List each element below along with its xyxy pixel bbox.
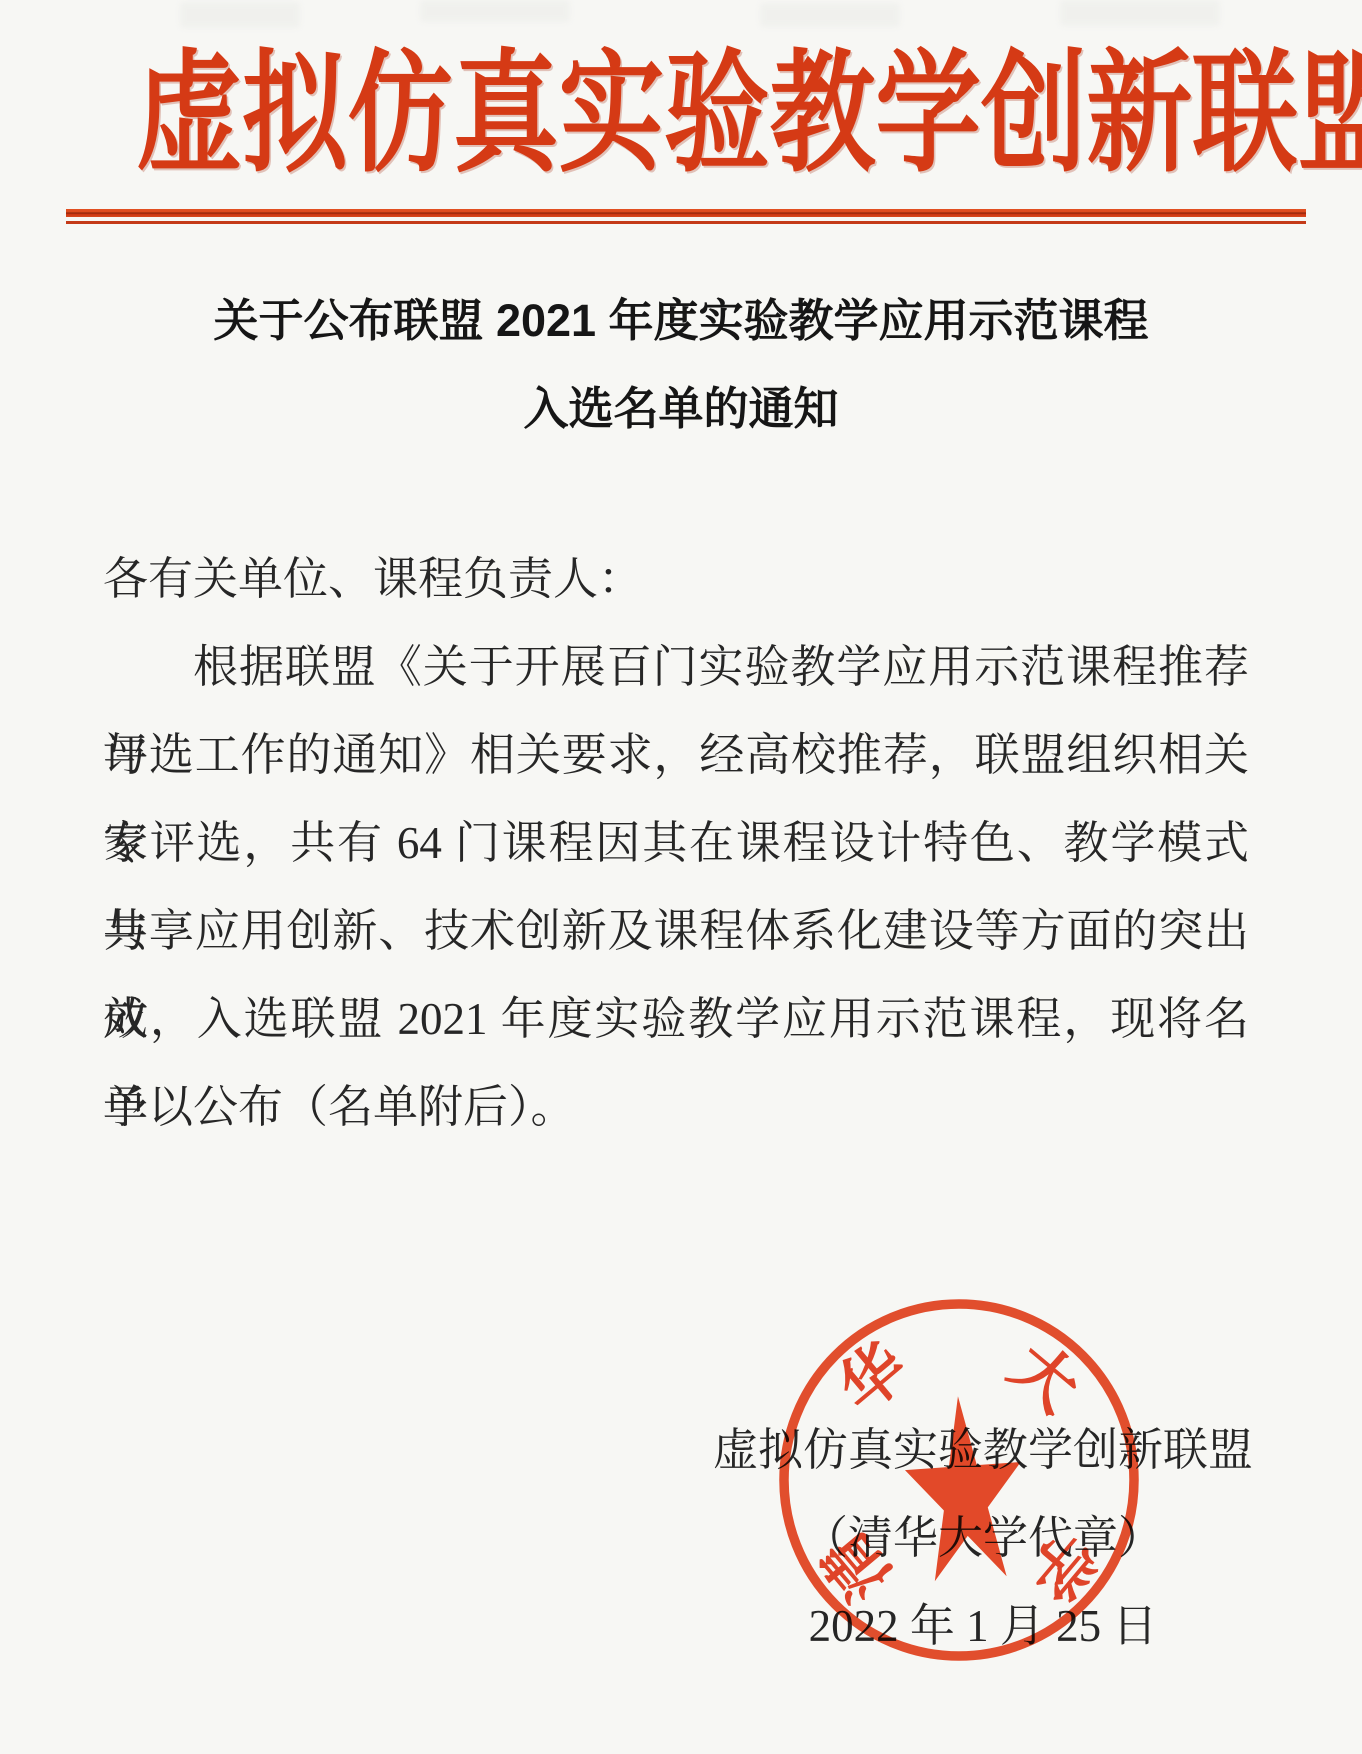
body-line: 效，入选联盟 2021 年度实验教学应用示范课程，现将名单 [103,975,1249,1063]
letterhead-org-name: 虚拟仿真实验教学创新联盟 [136,34,1226,196]
scan-artifact [1060,0,1220,26]
letterhead-divider-thin [66,221,1306,224]
greeting-line: 各有关单位、课程负责人： [103,535,1249,623]
scan-artifact [180,2,300,28]
document-page: 虚拟仿真实验教学创新联盟 关于公布联盟 2021 年度实验教学应用示范课程 入选… [0,0,1362,1754]
scan-artifact [760,3,900,27]
body-line: 家评选，共有 64 门课程因其在课程设计特色、教学模式与 [103,799,1249,887]
red-star-icon [900,1392,1028,1583]
scan-artifact [420,0,570,22]
body-line: 评选工作的通知》相关要求，经高校推荐，联盟组织相关专 [103,711,1249,799]
body-line: 予以公布（名单附后）。 [103,1063,1249,1151]
notice-title-line-1: 关于公布联盟 2021 年度实验教学应用示范课程 [0,288,1362,354]
notice-title-line-2: 入选名单的通知 [0,376,1362,442]
body-line: 共享应用创新、技术创新及课程体系化建设等方面的突出成 [103,887,1249,975]
official-seal: 清 华 大 学 [745,1292,1185,1692]
body-line: 根据联盟《关于开展百门实验教学应用示范课程推荐与 [103,623,1249,711]
letterhead-divider-thick [66,209,1306,217]
notice-body: 各有关单位、课程负责人： 根据联盟《关于开展百门实验教学应用示范课程推荐与 评选… [103,535,1249,1151]
